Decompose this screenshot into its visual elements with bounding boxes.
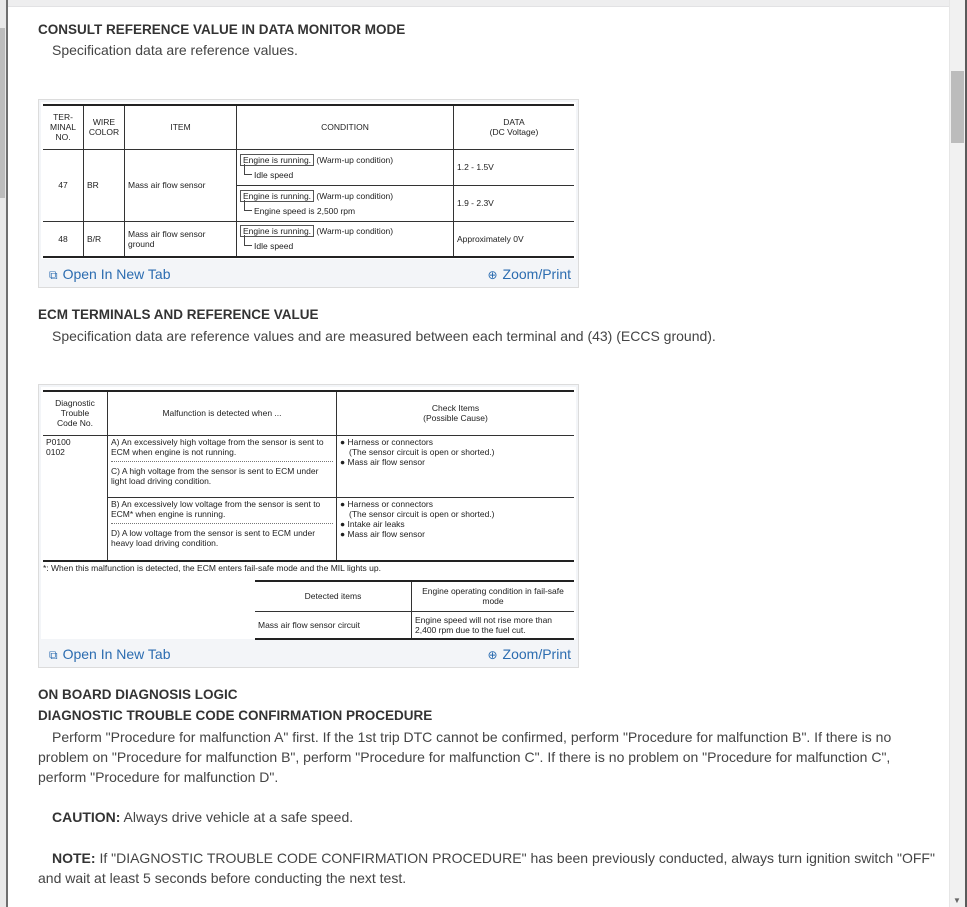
col-data: DATA(DC Voltage) — [454, 105, 575, 149]
failsafe-table: Detected items Engine operating conditio… — [255, 580, 574, 640]
open-new-tab-icon: ⧉ — [49, 268, 58, 283]
zoom-in-icon: ⊕ — [487, 648, 497, 662]
cell-data: Approximately 0V — [454, 221, 575, 257]
top-bar — [8, 0, 949, 7]
figure-dtc-table: DiagnosticTroubleCode No. Malfunction is… — [38, 384, 579, 668]
cell-wire: BR — [84, 149, 125, 221]
open-in-new-tab-link[interactable]: ⧉Open In New Tab — [49, 266, 171, 283]
right-scrollbar[interactable]: ▼ — [949, 0, 966, 907]
cell-item: Mass air flow sensor ground — [125, 221, 237, 257]
cell-condition: Engine is running. (Warm-up condition) I… — [237, 221, 454, 257]
cell-terminal: 48 — [43, 221, 84, 257]
col-terminal: TER-MINALNO. — [43, 105, 84, 149]
consult-reference-table: TER-MINALNO. WIRECOLOR ITEM CONDITION DA… — [43, 104, 574, 258]
cell-dtc-code: P01000102 — [43, 435, 108, 561]
consult-table-image[interactable]: TER-MINALNO. WIRECOLOR ITEM CONDITION DA… — [41, 102, 576, 259]
section-text-consult: Specification data are reference values. — [52, 42, 298, 58]
cell-malfunction: A) An excessively high voltage from the … — [108, 435, 337, 497]
section-heading-obd-logic: ON BOARD DIAGNOSIS LOGIC — [38, 687, 238, 702]
note-text: NOTE: If "DIAGNOSTIC TROUBLE CODE CONFIR… — [38, 848, 938, 888]
section-heading-dtc-procedure: DIAGNOSTIC TROUBLE CODE CONFIRMATION PRO… — [38, 708, 432, 723]
open-in-new-tab-link[interactable]: ⧉Open In New Tab — [49, 646, 171, 663]
col-condition: CONDITION — [237, 105, 454, 149]
cell-data: 1.2 - 1.5V — [454, 149, 575, 185]
col-dtc: DiagnosticTroubleCode No. — [43, 391, 108, 435]
figure-footer: ⧉Open In New Tab ⊕Zoom/Print — [39, 261, 578, 287]
zoom-print-link[interactable]: ⊕Zoom/Print — [487, 646, 571, 662]
col-item: ITEM — [125, 105, 237, 149]
cell-terminal: 47 — [43, 149, 84, 221]
zoom-print-link[interactable]: ⊕Zoom/Print — [487, 266, 571, 282]
cell-data: 1.9 - 2.3V — [454, 185, 575, 221]
procedure-text: Perform "Procedure for malfunction A" fi… — [38, 727, 938, 787]
scroll-down-arrow-icon[interactable]: ▼ — [953, 896, 961, 905]
col-check-items: Check Items(Possible Cause) — [337, 391, 575, 435]
cell-wire: B/R — [84, 221, 125, 257]
cell-condition: Engine is running. (Warm-up condition) E… — [237, 185, 454, 221]
col-malfunction: Malfunction is detected when ... — [108, 391, 337, 435]
right-scrollbar-thumb[interactable] — [951, 71, 964, 143]
zoom-in-icon: ⊕ — [487, 268, 497, 282]
left-scrollbar-thumb[interactable] — [0, 28, 5, 198]
left-panel-border — [6, 0, 8, 907]
figure-footer: ⧉Open In New Tab ⊕Zoom/Print — [39, 641, 578, 667]
section-text-ecm: Specification data are reference values … — [52, 328, 716, 344]
open-new-tab-icon: ⧉ — [49, 648, 58, 663]
dtc-table: DiagnosticTroubleCode No. Malfunction is… — [43, 390, 574, 562]
section-heading-ecm: ECM TERMINALS AND REFERENCE VALUE — [38, 307, 319, 322]
caution-text: CAUTION: Always drive vehicle at a safe … — [38, 807, 938, 827]
cell-malfunction: B) An excessively low voltage from the s… — [108, 497, 337, 561]
dtc-table-image[interactable]: DiagnosticTroubleCode No. Malfunction is… — [41, 387, 576, 639]
figure-consult-table: TER-MINALNO. WIRECOLOR ITEM CONDITION DA… — [38, 99, 579, 288]
cell-check-items: ● Harness or connectors (The sensor circ… — [337, 435, 575, 497]
section-heading-consult: CONSULT REFERENCE VALUE IN DATA MONITOR … — [38, 22, 405, 37]
cell-item: Mass air flow sensor — [125, 149, 237, 221]
cell-check-items: ● Harness or connectors (The sensor circ… — [337, 497, 575, 561]
cell-condition: Engine is running. (Warm-up condition) I… — [237, 149, 454, 185]
col-wire-color: WIRECOLOR — [84, 105, 125, 149]
dtc-footnote: *: When this malfunction is detected, th… — [43, 563, 574, 573]
